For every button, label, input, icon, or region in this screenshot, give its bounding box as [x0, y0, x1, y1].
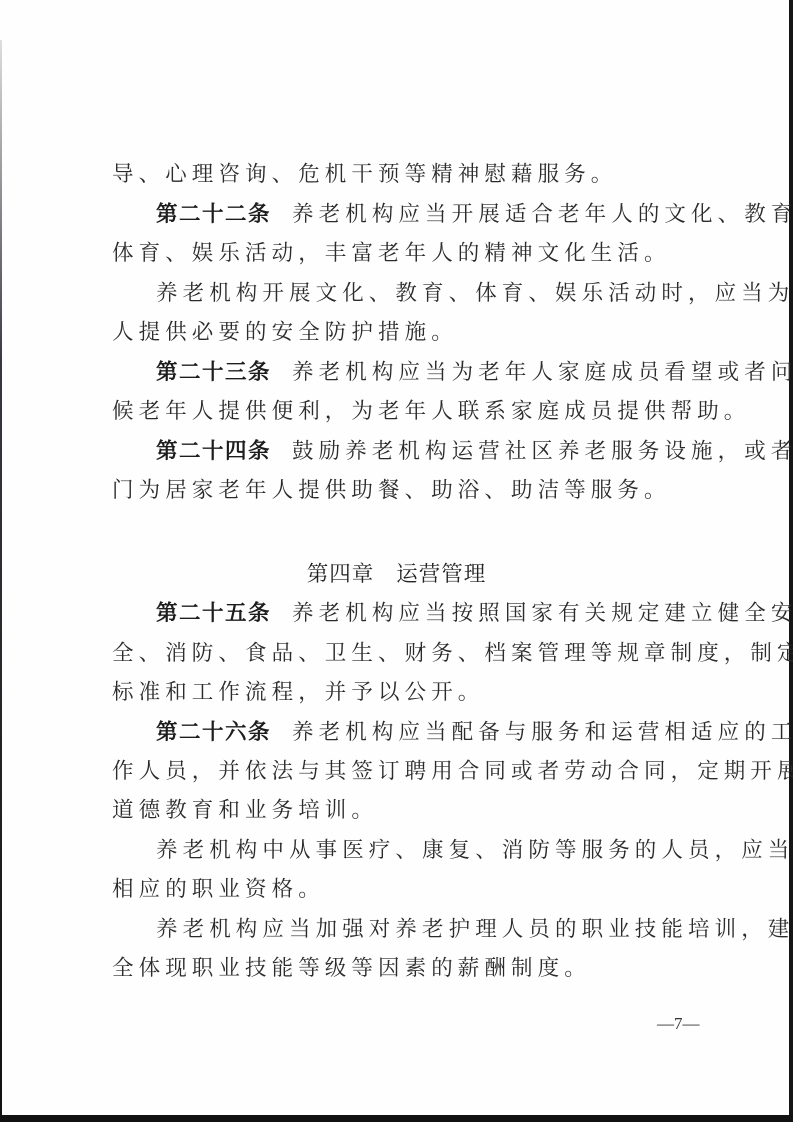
- line-text: 相应的职业资格。: [112, 877, 325, 902]
- text-line: 道德教育和业务培训。: [112, 797, 712, 825]
- line-text: 养老机构应当为老年人家庭成员看望或者问: [292, 360, 793, 385]
- text-line: 全体现职业技能等级等因素的薪酬制度。: [112, 955, 712, 983]
- article-label: 第二十四条: [156, 439, 271, 464]
- article-25: 第二十五条养老机构应当按照国家有关规定建立健全安: [156, 600, 712, 628]
- text-line: 导、心理咨询、危机干预等精神慰藉服务。: [112, 161, 712, 189]
- article-label: 第二十六条: [156, 720, 271, 745]
- line-text: 养老机构应当按照国家有关规定建立健全安: [292, 601, 793, 626]
- line-text: 养老机构开展文化、教育、体育、娱乐活动时，应当为老年: [156, 281, 793, 306]
- line-text: 养老机构应当开展适合老年人的文化、教育、: [292, 202, 793, 227]
- line-text: 养老机构应当加强对养老护理人员的职业技能培训，建立健: [156, 917, 793, 942]
- paragraph-start: 养老机构应当加强对养老护理人员的职业技能培训，建立健: [156, 916, 712, 944]
- paragraph-start: 养老机构中从事医疗、康复、消防等服务的人员，应当具备: [156, 837, 712, 865]
- text-line: 体育、娱乐活动，丰富老年人的精神文化生活。: [112, 240, 712, 268]
- text-line: 标准和工作流程，并予以公开。: [112, 679, 712, 707]
- article-label: 第二十三条: [156, 360, 271, 385]
- paragraph-start: 养老机构开展文化、教育、体育、娱乐活动时，应当为老年: [156, 280, 712, 308]
- line-text: 标准和工作流程，并予以公开。: [112, 680, 484, 705]
- line-text: 导、心理咨询、危机干预等精神慰藉服务。: [112, 162, 617, 187]
- line-text: 鼓励养老机构运营社区养老服务设施，或者上: [292, 439, 793, 464]
- article-label: 第二十五条: [156, 601, 271, 626]
- line-text: 养老机构中从事医疗、康复、消防等服务的人员，应当具备: [156, 838, 793, 863]
- line-text: 人提供必要的安全防护措施。: [112, 320, 458, 345]
- text-line: 相应的职业资格。: [112, 876, 712, 904]
- line-text: 全、消防、食品、卫生、财务、档案管理等规章制度，制定服务: [112, 641, 793, 666]
- line-text: 作人员，并依法与其签订聘用合同或者劳动合同，定期开展职业: [112, 759, 793, 784]
- text-line: 门为居家老年人提供助餐、助浴、助洁等服务。: [112, 477, 712, 505]
- page-number: —7—: [657, 1013, 700, 1035]
- chapter-title: 运营管理: [396, 562, 486, 587]
- text-line: 候老年人提供便利，为老年人联系家庭成员提供帮助。: [112, 398, 712, 426]
- line-text: 全体现职业技能等级等因素的薪酬制度。: [112, 956, 591, 981]
- article-label: 第二十二条: [156, 202, 271, 227]
- scan-border-bottom: [0, 1115, 793, 1122]
- line-text: 道德教育和业务培训。: [112, 798, 378, 823]
- text-line: 作人员，并依法与其签订聘用合同或者劳动合同，定期开展职业: [112, 758, 712, 786]
- line-text: 门为居家老年人提供助餐、助浴、助洁等服务。: [112, 478, 671, 503]
- article-26: 第二十六条养老机构应当配备与服务和运营相适应的工: [156, 719, 712, 747]
- line-text: 体育、娱乐活动，丰富老年人的精神文化生活。: [112, 241, 671, 266]
- document-page: 导、心理咨询、危机干预等精神慰藉服务。 第二十二条养老机构应当开展适合老年人的文…: [0, 0, 793, 1122]
- article-23: 第二十三条养老机构应当为老年人家庭成员看望或者问: [156, 359, 712, 387]
- text-line: 人提供必要的安全防护措施。: [112, 319, 712, 347]
- chapter-number: 第四章: [307, 562, 375, 587]
- chapter-heading: 第四章运营管理: [0, 561, 793, 589]
- article-24: 第二十四条鼓励养老机构运营社区养老服务设施，或者上: [156, 438, 712, 466]
- line-text: 候老年人提供便利，为老年人联系家庭成员提供帮助。: [112, 399, 750, 424]
- text-line: 全、消防、食品、卫生、财务、档案管理等规章制度，制定服务: [112, 640, 712, 668]
- article-22: 第二十二条养老机构应当开展适合老年人的文化、教育、: [156, 201, 712, 229]
- line-text: 养老机构应当配备与服务和运营相适应的工: [292, 720, 793, 745]
